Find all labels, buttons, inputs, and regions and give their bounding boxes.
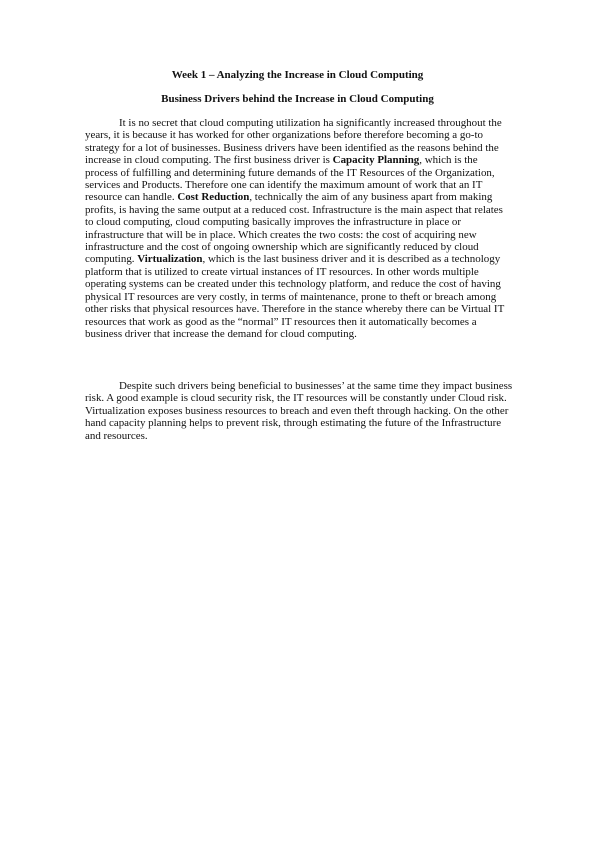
text-run: profits, is having the same output at a … — [85, 204, 503, 216]
text-run: platform that is utilized to create virt… — [85, 266, 479, 278]
text-line: to cloud computing, cloud computing basi… — [85, 216, 517, 228]
text-run: operating systems can be created under t… — [85, 278, 501, 290]
text-run: resources that work as good as the “norm… — [85, 316, 477, 328]
text-run: , which is the last business driver and … — [202, 253, 500, 265]
text-line: It is no secret that cloud computing uti… — [85, 117, 517, 129]
paragraph-business-drivers: It is no secret that cloud computing uti… — [85, 117, 517, 340]
text-run: infrastructure that will be in place. Wh… — [85, 229, 477, 241]
text-line: strategy for a lot of businesses. Busine… — [85, 142, 517, 154]
text-line: risk. A good example is cloud security r… — [85, 392, 517, 404]
text-run: infrastructure and the cost of ongoing o… — [85, 241, 479, 253]
text-run: Despite such drivers being beneficial to… — [119, 380, 512, 392]
bold-term: Cost Reduction — [177, 191, 249, 203]
text-line: resource can handle. Cost Reduction, tec… — [85, 191, 517, 203]
document-title: Week 1 – Analyzing the Increase in Cloud… — [0, 69, 595, 82]
text-run: and resources. — [85, 430, 148, 442]
text-run: increase in cloud computing. The first b… — [85, 154, 333, 166]
text-line: operating systems can be created under t… — [85, 278, 517, 290]
text-line: platform that is utilized to create virt… — [85, 266, 517, 278]
text-line: business driver that increase the demand… — [85, 328, 517, 340]
paragraph-business-risk: Despite such drivers being beneficial to… — [85, 380, 517, 442]
text-line: other risks that physical resources have… — [85, 303, 517, 315]
document-page: Week 1 – Analyzing the Increase in Cloud… — [0, 0, 595, 842]
text-line: process of fulfilling and determining fu… — [85, 167, 517, 179]
text-run: other risks that physical resources have… — [85, 303, 504, 315]
text-run: It is no secret that cloud computing uti… — [119, 117, 502, 129]
text-line: physical IT resources are very costly, i… — [85, 291, 517, 303]
text-line: profits, is having the same output at a … — [85, 204, 517, 216]
text-run: , technically the aim of any business ap… — [249, 191, 492, 203]
text-run: , which is the — [419, 154, 477, 166]
text-line: and resources. — [85, 430, 517, 442]
text-line: Virtualization exposes business resource… — [85, 405, 517, 417]
text-run: risk. A good example is cloud security r… — [85, 392, 507, 404]
bold-term: Virtualization — [137, 253, 202, 265]
text-line: computing. Virtualization, which is the … — [85, 253, 517, 265]
text-line: years, it is because it has worked for o… — [85, 129, 517, 141]
text-run: to cloud computing, cloud computing basi… — [85, 216, 461, 228]
text-line: infrastructure that will be in place. Wh… — [85, 229, 517, 241]
text-run: Virtualization exposes business resource… — [85, 405, 508, 417]
text-run: strategy for a lot of businesses. Busine… — [85, 142, 499, 154]
text-line: increase in cloud computing. The first b… — [85, 154, 517, 166]
text-run: years, it is because it has worked for o… — [85, 129, 483, 141]
text-run: business driver that increase the demand… — [85, 328, 357, 340]
text-run: process of fulfilling and determining fu… — [85, 167, 495, 179]
text-run: physical IT resources are very costly, i… — [85, 291, 496, 303]
text-line: Despite such drivers being beneficial to… — [85, 380, 517, 392]
text-line: infrastructure and the cost of ongoing o… — [85, 241, 517, 253]
text-run: computing. — [85, 253, 137, 265]
text-line: hand capacity planning helps to prevent … — [85, 417, 517, 429]
text-run: services and Products. Therefore one can… — [85, 179, 482, 191]
text-run: hand capacity planning helps to prevent … — [85, 417, 501, 429]
section-heading: Business Drivers behind the Increase in … — [0, 93, 595, 106]
text-line: resources that work as good as the “norm… — [85, 316, 517, 328]
text-run: resource can handle. — [85, 191, 177, 203]
text-line: services and Products. Therefore one can… — [85, 179, 517, 191]
bold-term: Capacity Planning — [333, 154, 420, 166]
